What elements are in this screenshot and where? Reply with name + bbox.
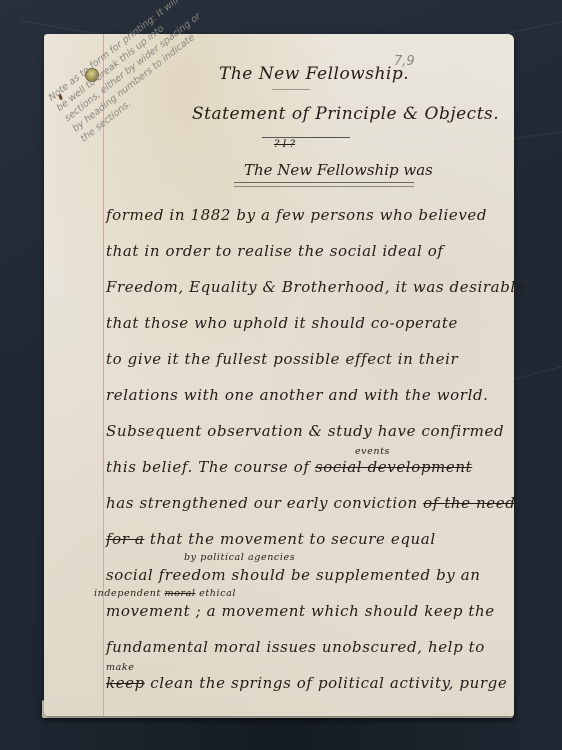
- inserted-word: make: [106, 662, 134, 673]
- body-line-6: relations with one another and with the …: [106, 386, 489, 404]
- opening-heading: The New Fellowship was: [244, 161, 433, 179]
- line-text: this belief. The course of: [106, 458, 315, 476]
- red-margin-rule: [103, 34, 104, 716]
- heading-double-underline-2: [234, 186, 414, 187]
- line-text: clean the springs of political activity,…: [145, 674, 507, 692]
- body-line-7: Subsequent observation & study have conf…: [106, 422, 504, 440]
- insert-word: independent: [94, 588, 161, 599]
- body-line-1: formed in 1882 by a few persons who beli…: [106, 206, 487, 224]
- body-line-13: fundamental moral issues unobscured, hel…: [106, 638, 485, 656]
- body-line-9: has strengthened our early conviction of…: [106, 494, 515, 512]
- line-text: that the movement to secure equal: [144, 530, 435, 548]
- struck-phrase: social development: [315, 458, 472, 476]
- inserted-prefix: independent moral ethical: [94, 588, 236, 599]
- body-line-10: for a that the movement to secure equal: [106, 530, 436, 548]
- struck-word: keep: [106, 674, 145, 692]
- backdrop-scratch: [510, 364, 562, 380]
- title-underline: [272, 89, 310, 90]
- inserted-phrase: by political agencies: [184, 552, 295, 563]
- heading-double-underline-1: [234, 182, 414, 183]
- document-title: The New Fellowship.: [219, 64, 409, 84]
- struck-phrase: for a: [106, 530, 144, 548]
- body-line-3: Freedom, Equality & Brotherhood, it was …: [106, 278, 525, 296]
- body-line-8: this belief. The course of social develo…: [106, 458, 472, 476]
- manuscript-page: 7,9 Note as to form for printing: It wil…: [44, 34, 514, 716]
- body-line-2: that in order to realise the social idea…: [106, 242, 444, 260]
- struck-phrase: of the need: [423, 494, 515, 512]
- document-subtitle: Statement of Principle & Objects.: [192, 104, 499, 124]
- line-text: has strengthened our early conviction: [106, 494, 423, 512]
- body-line-4: that those who uphold it should co-opera…: [106, 314, 458, 332]
- inserted-word: events: [355, 446, 390, 457]
- body-line-14: makekeep clean the springs of political …: [106, 674, 507, 692]
- struck-word: moral: [165, 588, 196, 599]
- body-line-11: by political agencies social freedom sho…: [106, 566, 481, 584]
- line-text: social freedom should be supplemented by…: [106, 566, 481, 584]
- struck-section-mark: ? I ?: [274, 139, 295, 150]
- insert-word: ethical: [199, 588, 236, 599]
- line-text: movement ; a movement which should keep …: [106, 602, 495, 620]
- subtitle-underline: [262, 137, 350, 138]
- body-line-12: independent moral ethical movement ; a m…: [106, 602, 495, 620]
- struck-text: social developmentevents: [315, 458, 472, 476]
- correction: makekeep: [106, 674, 145, 692]
- body-line-5: to give it the fullest possible effect i…: [106, 350, 458, 368]
